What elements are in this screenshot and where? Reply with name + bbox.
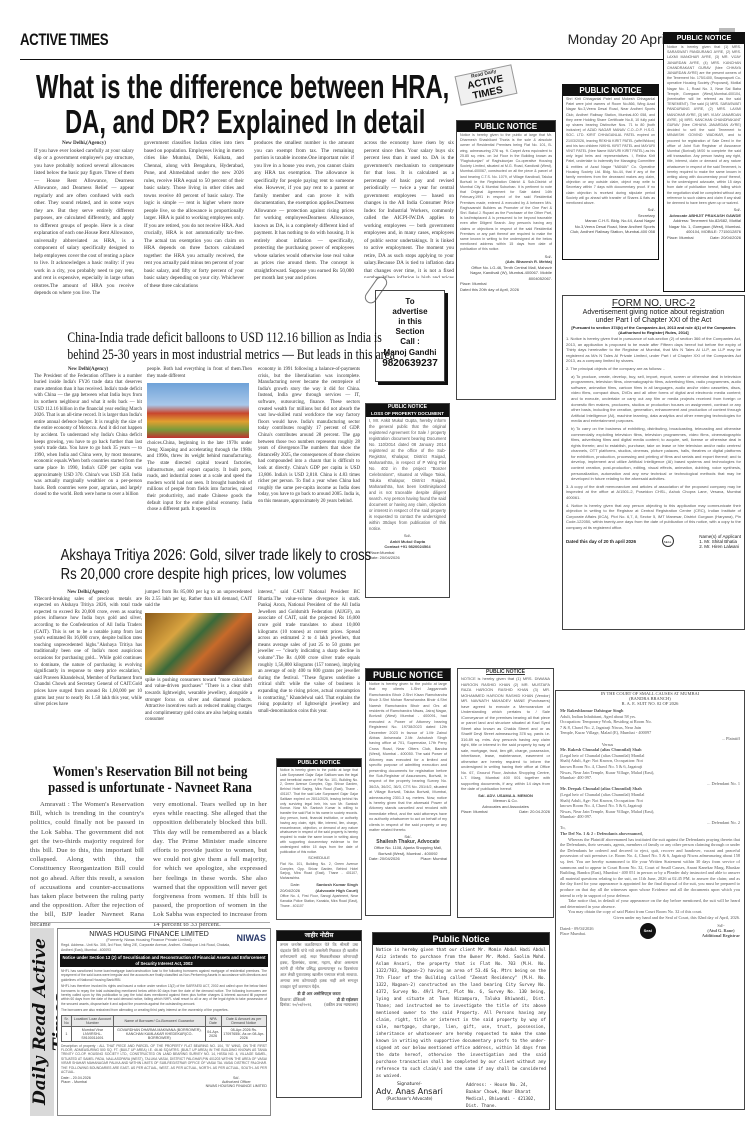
article-text: TRecord-breaking sales of precious metal… <box>34 597 142 708</box>
notice-advocate: Adv. Anas Ansari <box>376 1087 443 1096</box>
court-summons-notice: IN THE COURT OF SMALL CAUSES AT MUMBAI (… <box>555 690 745 1110</box>
article-hra-col-1: New Delhi,(Agency) If you have ever look… <box>34 140 134 298</box>
ad-line-1: To <box>376 297 444 307</box>
column-header: Location/ Loan Account Number <box>71 1015 113 1026</box>
article-navneet-col-1: Amravati : The Women's Reservation Bill,… <box>30 800 144 929</box>
table-row: 1 Mumbai Virar LNVIRSHL-S9100011691 GOVA… <box>62 1026 267 1041</box>
court-footer: Dated:- 09/04/2026 Place Mumbai. Seal Sd… <box>556 923 744 939</box>
read-daily-promo: Read Daily ACTIVE TIMES <box>455 64 518 105</box>
form-subtitle-2: under Part I of Chapter XXI of the Act <box>563 317 744 325</box>
notice-date: Date: 20.04.2026 <box>516 809 553 815</box>
advertise-callout: To advertise in this Section Call : Mano… <box>375 290 445 382</box>
headline-line-1: China-India trade deficit balloons to US… <box>67 330 332 347</box>
table-cell: Mumbai Virar LNVIRSHL-S9100011691 <box>71 1026 113 1041</box>
court-body: Whereas the Plaintiff abovenamed has ins… <box>560 837 740 899</box>
court-given: Given under my hand and the Seal of Cour… <box>560 915 740 921</box>
applicant-1: 1. Mr. Shital Bhatia <box>699 539 741 544</box>
niwas-housing-finance-notice: NIWAS HOUSING FINANCE LIMITED (Formerly,… <box>57 928 271 1116</box>
notice-advocate: Santosh Kumar Singh <box>316 882 358 887</box>
notice-date: Date: 20/04/2026 <box>366 555 449 561</box>
schedule-text: Flat No. 101, Building No. 2, Green Aven… <box>277 861 361 882</box>
form-item: 1. Notice is hereby given that in pursua… <box>563 335 744 365</box>
table-cell: 04-Apr-2026 <box>205 1026 221 1041</box>
form-item: b) To carry on the business of exhibitin… <box>563 425 744 483</box>
notice-footer: Date: 20/04/2026 Santosh Kumar Singh (Ad… <box>277 882 361 893</box>
table-cell: 1 <box>62 1026 72 1041</box>
notice-subtitle: LOSS OF PROPERTY DOCUMENT <box>366 411 449 417</box>
article-china-col-2: people. Both had everything in front of … <box>147 367 252 514</box>
court-sign-block: Sd/- (Atul G. Rane) Additional Registrar <box>702 923 740 938</box>
form-dated: Dated this day of 20 th april 2026 <box>566 539 636 544</box>
table-header-row: Sr. No Location/ Loan Account Number Nam… <box>62 1015 267 1026</box>
notice-date: Dated this 20th day of April, 2026 <box>457 287 555 293</box>
newspaper-brand: ACTIVE TIMES <box>20 30 108 50</box>
dateline: New Delhi,(Agency) <box>34 590 142 597</box>
notice-title: Public Notice <box>373 933 549 945</box>
article-akshaya-col-3: interest," said CAIT National President … <box>258 590 360 715</box>
article-china-india-headline: China-India trade deficit balloons to US… <box>30 330 370 364</box>
notice-title: PUBLIC NOTICE <box>563 85 658 96</box>
table-cell: 08-Apr-2026 Rs. 17097655/- As on 08-Apr-… <box>221 1026 266 1041</box>
ad-line-5: Call : <box>376 337 444 347</box>
article-akshaya-headline: Akshaya Tritiya 2026: Gold, silver trade… <box>30 546 370 584</box>
notice-footer: ठिकाण: डोंबिवलीदिनांक: २०/०४/२०२६ डी डी … <box>277 997 361 1008</box>
niwas-place: Place: - Mumbai <box>61 1080 91 1084</box>
court-dated-block: Dated:- 09/04/2026 Place Mumbai. <box>560 926 594 936</box>
court-body-2: Take notice that, in default of your app… <box>560 898 740 909</box>
notice-footer: Date: 20/04/2026 Place: Mumbai <box>366 856 450 862</box>
notice-title: जाहीर नोटीस <box>277 931 361 941</box>
public-notice-saitkam: PUBLIC NOTICE Notice is hereby given to … <box>276 758 362 920</box>
form-title: FORM NO. URC-2 <box>563 298 744 309</box>
notice-office: Office No. 4, First Floor, Sanogi Apartm… <box>277 893 361 909</box>
notice-title: PUBLIC NOTICE <box>366 404 449 411</box>
niwas-signature: Sd/-Authorized OfficerNIWAS HOUSING FINA… <box>206 1076 267 1088</box>
notice-advocate-2: (Advocate High Court) <box>316 888 358 893</box>
advocate-block: Santosh Kumar Singh (Advocate High Court… <box>303 882 361 893</box>
article-hra-headline: What is the difference between HRA, DA, … <box>28 70 448 138</box>
article-akshaya-col-1: New Delhi,(Agency) TRecord-breaking sale… <box>34 590 142 709</box>
headline-line-1: Women's Reservation Bill not being <box>48 764 252 780</box>
column-header: Date & Amount as per Demand Notice <box>221 1015 266 1026</box>
article-text: spike is pushing consumers toward "more … <box>145 678 252 723</box>
form-item: 3. A copy of the draft memorandum and ar… <box>563 483 744 502</box>
notice-footer: Place: Mumbai Date: 20.04.2026 <box>458 809 553 815</box>
notice-date: Date: 20/04/2026 <box>277 882 303 893</box>
notice-place: Place: Mumbai <box>418 856 450 862</box>
shipping-containers-image <box>147 383 249 438</box>
notice-text: NOTICE is hereby given that (1) MRS. DIW… <box>458 675 553 793</box>
notice-text: Notice is hereby given that (1) MRS. SAR… <box>664 44 744 207</box>
masthead: ACTIVE TIMES Monday 20 April 2026 5 <box>20 28 735 60</box>
notice-title: PUBLIC NOTICE <box>457 121 555 132</box>
article-china-col-1: New Delhi(Agency) The President of the F… <box>34 367 142 499</box>
public-notice-thoria: PUBLIC NOTICE Notice is hereby given to … <box>456 120 556 400</box>
article-text: people. Both had everything in front of … <box>147 367 252 379</box>
defendant-2-details: (Legal heir of Chunalal (alias Chunnilal… <box>560 792 655 820</box>
notice-text: Notice is hereby given that our client M… <box>373 945 549 1082</box>
form-item: 2. The principal objects of the company … <box>563 365 744 373</box>
ad-line-2: advertise <box>376 307 444 317</box>
ad-line-4: Section <box>376 327 444 337</box>
article-hra-col-4: across the economy have risen by six per… <box>364 140 454 278</box>
public-notice-azad-nagar: PUBLIC NOTICE Shri Kirit Chhaganlal Pate… <box>562 84 659 260</box>
notice-text: I, Mr. Ankit Mukul Gupta, hereby inform … <box>366 417 449 533</box>
spacer <box>30 760 270 761</box>
dateline: New Delhi,(Agency) <box>34 140 134 148</box>
notice-advocate-role: (Purchaser's Advocate) <box>376 1096 443 1101</box>
court-parties: Mr Rakeshkumar Dalsingar Singh Adult, In… <box>556 706 744 923</box>
public-notice-ayre: PUBLIC NOTICE Notice is hereby given tha… <box>663 32 745 292</box>
niwas-footer: Date: - 20.04.2026Place: - Mumbai Sd/-Au… <box>58 1076 270 1088</box>
article-navneet-headline: Women's Reservation Bill not being passe… <box>30 764 270 796</box>
article-text: If you have ever looked carefully at you… <box>34 148 134 297</box>
plaintiff-details: Adult, Indian Inhabitant, Aged about 58 … <box>560 714 655 736</box>
marathi-public-notice: जाहीर नोटीस तमाम जनतेस कळविण्यात येते कि… <box>276 930 362 1098</box>
court-seal-icon: Seal <box>640 923 656 939</box>
notice-text: Notice is hereby given to the public at … <box>457 132 555 254</box>
niwas-sign-company: NIWAS HOUSING FINANCE LIMITED <box>206 1084 267 1088</box>
article-akshaya-col-2: jumped from Rs 85,000 per kg to an unpre… <box>145 590 252 724</box>
notice-address: Address: Tenement No.82/682, Motilal Nag… <box>664 218 744 235</box>
court-place: Place Mumbai. <box>560 931 594 936</box>
place-date-block: ठिकाण: डोंबिवलीदिनांक: २०/०४/२०२६ <box>277 997 314 1008</box>
public-notice-loss-of-document: PUBLIC NOTICE LOSS OF PROPERTY DOCUMENT … <box>365 403 450 598</box>
notice-advocate-2: (वकील उच्च न्यायालय) <box>324 1002 358 1008</box>
niwas-address: Regd. Address:- Unit No. 305, 3rd Floor,… <box>58 942 270 953</box>
seal-icon: SEAL <box>662 535 674 547</box>
daily-read-vertical-banner: Daily Read Active Times <box>30 928 54 1116</box>
headline-line-2: behind 25-30 years in most industrial me… <box>67 347 332 364</box>
article-text: choices.China, beginning in the late 197… <box>147 441 252 512</box>
divider <box>30 922 270 923</box>
article-china-col-3: economy in 1991 following a balance-of-p… <box>258 367 360 505</box>
column-header: NPA Date <box>205 1015 221 1026</box>
niwas-notice-title: Notice under Section 13 (2) of Securitis… <box>60 954 268 967</box>
article-hra-col-3: produces the smallest number is the amou… <box>254 140 354 283</box>
niwas-date: Date: - 20.04.2026 <box>61 1076 91 1080</box>
notice-office: Office No. 1108, Ajanta Shopping Mall, B… <box>366 845 450 856</box>
notice-text: Shri Kirit Chhaganlal Patel and Mukesh C… <box>563 96 658 207</box>
notice-text: Notice is hereby given to the public at … <box>366 681 450 834</box>
form-footer: Dated this day of 20 th april 2026 SEAL … <box>563 532 744 551</box>
niwas-property-description: Description of property : ALL THAT PIECE… <box>58 1043 270 1076</box>
public-notice-bhoir: PUBLIC NOTICE Notice is hereby given to … <box>365 668 451 916</box>
defendant-1-name: Mr. Rakesh Chunalal (alias Chunnilal) Sh… <box>560 747 655 753</box>
notice-address: Address: - House No. 24, Baakar Chowk, N… <box>466 1082 546 1110</box>
dateline: New Delhi(Agency) <box>34 367 142 374</box>
niwas-logo: NIWAS <box>236 933 266 943</box>
article-text: The President of the Federation ofThere … <box>34 374 142 498</box>
headline-line-2: Rs 20,000 crore despite high prices, low… <box>61 565 340 584</box>
notice-footer: Place: Mumbai Date: 20/04/2026 <box>664 235 744 241</box>
headline-line-2: passed is unfortunate - Navneet Rana <box>48 780 252 796</box>
niwas-date-place: Date: - 20.04.2026Place: - Mumbai <box>61 1076 91 1088</box>
headline-line-1: What is the difference between HRA, <box>36 70 333 103</box>
form-subtitle: Advertisement giving notice about regist… <box>563 309 744 317</box>
notice-date: Date: 20/04/2026 <box>366 856 403 862</box>
applicants-label: Name(s) of Applicant <box>699 534 741 539</box>
headline-line-1: Akshaya Tritiya 2026: Gold, silver trade… <box>61 546 340 565</box>
notice-place: Place: Mumbai <box>458 809 490 815</box>
defendant-1-details: (Legal heir of Chunalal (alias Chunnilal… <box>560 753 655 781</box>
notice-title: PUBLIC NOTICE <box>366 669 450 681</box>
notice-office: Office No. LG-46, Tenth Central Mall, Ma… <box>457 265 555 282</box>
public-notice-khan: PUBLIC NOTICE NOTICE is hereby given tha… <box>457 668 554 918</box>
article-hra-col-2: government classifies Indian cities into… <box>144 140 244 290</box>
applicants: Name(s) of Applicant 1. Mr. Shital Bhati… <box>699 534 741 549</box>
public-notice-zeenat-residency: Public Notice Notice is hereby given tha… <box>372 932 550 1110</box>
form-urc-2: FORM NO. URC-2 Advertisement giving noti… <box>562 295 745 630</box>
niwas-para-3: The borrowers are also restrained from a… <box>58 1007 270 1013</box>
registrar-title: Additional Registrar <box>702 933 740 938</box>
advocate-block: डी डी राईलकर(वकील उच्च न्यायालय) <box>321 997 361 1008</box>
article-text: jumped from Rs 85,000 per kg to an unpre… <box>145 590 252 608</box>
niwas-para-1: NHFL has sanctioned home loan/mortgage l… <box>58 968 270 983</box>
form-item: 4. Notice is hereby given that any perso… <box>563 502 744 532</box>
notice-title: PUBLIC NOTICE <box>664 33 744 44</box>
niwas-para-2: NHFL has therefore invoked its rights an… <box>58 983 270 1007</box>
notice-place: Place: Mumbai <box>664 235 696 241</box>
notice-text: Notice is hereby given to the public at … <box>277 767 361 855</box>
notice-date: Date: 20/04/2026 <box>707 235 744 241</box>
notice-footer: Signature/- Adv. Anas Ansari (Purchaser'… <box>373 1082 549 1110</box>
court-dated: Dated:- 09/04/2026 <box>560 926 594 931</box>
applicant-2: 2. Mr. Hiren Lalwani <box>699 544 741 549</box>
jewellery-shop-image <box>145 613 252 675</box>
notice-text: तमाम जनतेस कळविण्यात येते कि श्रीमती उषा… <box>277 941 361 991</box>
notice-address: Manav C.H.S. Bldg. No.44, Azad Nagar No.… <box>563 218 658 235</box>
niwas-borrower-table: Sr. No Location/ Loan Account Number Nam… <box>61 1015 267 1042</box>
column-header: Sr. No <box>62 1015 72 1026</box>
notice-date: दिनांक: २०/०४/२०२६ <box>280 1002 311 1008</box>
form-item: a) To produce, create, develop, buy, sel… <box>563 373 744 425</box>
table-cell: GOVARDHAN DHARMA MAKWANA (BORROWER), KAN… <box>113 1026 205 1041</box>
notice-title: PUBLIC NOTICE <box>277 759 361 767</box>
column-header: Name of Borrower/ Co-Borrower/ Guarantor <box>113 1015 205 1026</box>
headline-line-2: DA, and DR? Explained In detail <box>65 105 341 138</box>
advocate-block: Signature/- Adv. Anas Ansari (Purchaser'… <box>376 1082 443 1110</box>
ad-line-3: in this <box>376 317 444 327</box>
article-navneet-col-2: very emotional. Tears welled up in her e… <box>153 800 267 929</box>
